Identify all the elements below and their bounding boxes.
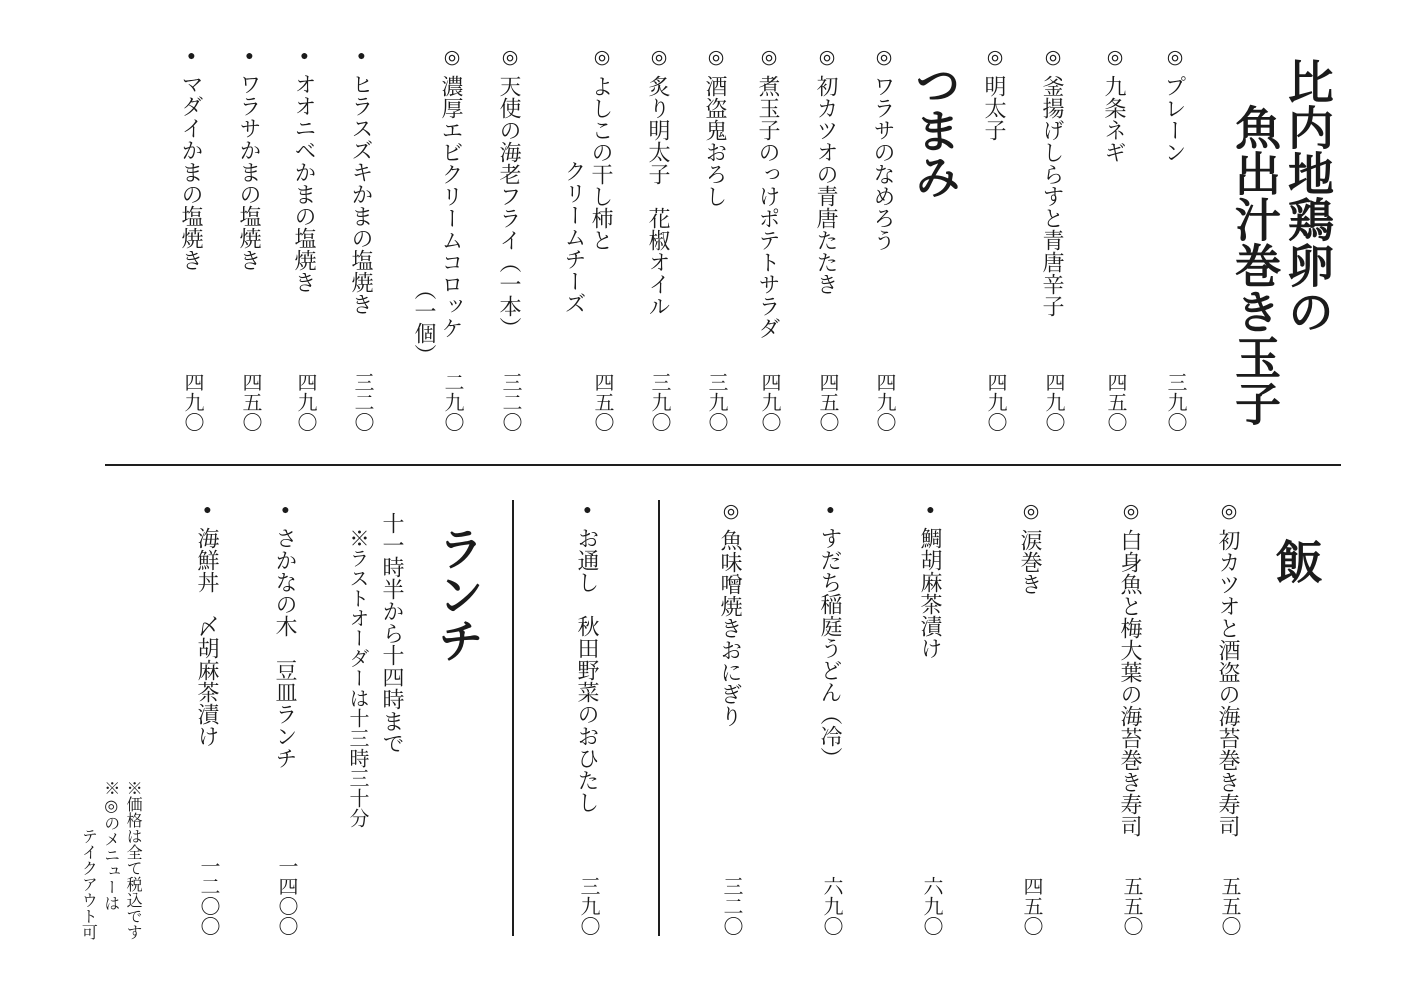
item-price: 四九〇 bbox=[1043, 372, 1063, 432]
item-price: 三二〇 bbox=[352, 372, 372, 432]
footnote-takeout-1: ※◎のメニューは bbox=[98, 780, 120, 990]
title-line2: 魚出汁巻き玉子 bbox=[1231, 46, 1277, 426]
item-name: 釜揚げしらすと青唐辛子 bbox=[1040, 75, 1065, 317]
dot-mark-icon: ● bbox=[242, 46, 257, 64]
item-name: 魚味噌焼きおにぎり bbox=[718, 529, 743, 727]
item-price: 三二〇 bbox=[500, 372, 520, 432]
takeout-mark-icon: ◎ bbox=[648, 46, 669, 68]
item-name-line2: クリームチーズ bbox=[563, 46, 585, 314]
item-price: 四五〇 bbox=[592, 372, 612, 432]
item-price: 四五〇 bbox=[817, 372, 837, 432]
menu-item-kujo-negi: ◎九条ネギ 四五〇 bbox=[1103, 46, 1125, 432]
takeout-mark-icon: ◎ bbox=[499, 46, 520, 68]
menu-page: 比内地鶏卵の 魚出汁巻き玉子 ◎プレーン 三九〇 ◎九条ネギ 四五〇 ◎釜揚げし… bbox=[0, 0, 1416, 1002]
menu-item-shuto-onioroshi: ◎酒盗鬼おろし 三九〇 bbox=[704, 46, 726, 432]
takeout-mark-icon: ◎ bbox=[758, 46, 779, 68]
menu-item-hoshigaki-cheese: ◎よしこの干し柿と クリームチーズ 四五〇 bbox=[563, 46, 612, 432]
menu-item-mamezara-lunch: ●さかなの木 豆皿ランチ 一四〇〇 bbox=[274, 500, 296, 936]
item-name: ワラサのなめろう bbox=[871, 75, 896, 251]
top-section: 比内地鶏卵の 魚出汁巻き玉子 ◎プレーン 三九〇 ◎九条ネギ 四五〇 ◎釜揚げし… bbox=[180, 46, 1330, 432]
vertical-divider bbox=[658, 500, 660, 936]
footnote-tax: ※価格は全て税込です bbox=[121, 780, 143, 990]
item-name: 涙巻き bbox=[1018, 529, 1043, 595]
item-price: 三九〇 bbox=[578, 876, 598, 936]
item-price: 三二〇 bbox=[721, 876, 741, 936]
dot-mark-icon: ● bbox=[923, 500, 938, 518]
item-price: 三九〇 bbox=[649, 372, 669, 432]
item-price: 二九〇 bbox=[442, 372, 462, 432]
takeout-mark-icon: ◎ bbox=[705, 46, 726, 68]
menu-item-misoyaki-onigiri: ◎魚味噌焼きおにぎり 三二〇 bbox=[719, 500, 741, 936]
item-name: 濃厚エビクリームコロッケ bbox=[439, 75, 464, 339]
takeout-mark-icon: ◎ bbox=[816, 46, 837, 68]
item-price: 五五〇 bbox=[1121, 876, 1141, 936]
takeout-mark-icon: ◎ bbox=[873, 46, 894, 68]
menu-item-namida-maki: ◎涙巻き 四五〇 bbox=[1019, 500, 1041, 936]
item-name-line2: （一個） bbox=[413, 46, 435, 366]
menu-item-plain: ◎プレーン 三九〇 bbox=[1163, 46, 1185, 432]
tamago-section-title: 比内地鶏卵の 魚出汁巻き玉子 bbox=[1231, 46, 1330, 432]
title-line1: 比内地鶏卵の bbox=[1284, 46, 1330, 426]
takeout-mark-icon: ◎ bbox=[1042, 46, 1063, 68]
item-name: 海鮮丼 〆胡麻茶漬け bbox=[195, 527, 220, 747]
takeout-mark-icon: ◎ bbox=[1020, 500, 1041, 522]
lunch-hours: 十一時半から十四時まで bbox=[381, 500, 403, 936]
takeout-mark-icon: ◎ bbox=[591, 46, 612, 68]
item-price: 一二〇〇 bbox=[198, 856, 218, 936]
takeout-mark-icon: ◎ bbox=[1120, 500, 1141, 522]
item-name: さかなの木 豆皿ランチ bbox=[273, 527, 298, 769]
footnotes: ※価格は全て税込です ※◎のメニューは テイクアウト可 bbox=[76, 780, 143, 990]
item-price: 四九〇 bbox=[182, 372, 202, 432]
menu-item-aburi-mentaiko: ◎炙り明太子 花椒オイル 三九〇 bbox=[647, 46, 669, 432]
item-price: 四九〇 bbox=[759, 372, 779, 432]
menu-item-tai-chazuke: ●鯛胡麻茶漬け 六九〇 bbox=[919, 500, 941, 936]
item-name: お通し 秋田野菜のおひたし bbox=[575, 527, 600, 813]
menu-item-sudachi-udon: ●すだち稲庭うどん（冷） 六九〇 bbox=[819, 500, 841, 936]
vertical-divider bbox=[512, 500, 514, 936]
item-name: 初カツオの青唐たたき bbox=[814, 75, 839, 295]
dot-mark-icon: ● bbox=[580, 500, 595, 518]
item-price: 三九〇 bbox=[1165, 372, 1185, 432]
menu-item-shirasu: ◎釜揚げしらすと青唐辛子 四九〇 bbox=[1041, 46, 1063, 432]
item-price: 五五〇 bbox=[1219, 876, 1239, 936]
meshi-section-header: 飯 bbox=[1272, 500, 1318, 936]
item-price: 四五〇 bbox=[1021, 876, 1041, 936]
item-name: マダイかまの塩焼き bbox=[179, 73, 204, 271]
item-name: 煮玉子のっけポテトサラダ bbox=[756, 75, 781, 339]
takeout-mark-icon: ◎ bbox=[1164, 46, 1185, 68]
bottom-section: 飯 ◎初カツオと酒盗の海苔巻き寿司 五五〇 ◎白身魚と梅大葉の海苔巻き寿司 五五… bbox=[196, 500, 1318, 936]
menu-item-ebi-korokke: ◎濃厚エビクリームコロッケ （一個） 二九〇 bbox=[413, 46, 462, 432]
dot-mark-icon: ● bbox=[184, 46, 199, 64]
dot-mark-icon: ● bbox=[200, 500, 215, 518]
lunch-section-header: ランチ bbox=[434, 500, 480, 936]
item-name: 九条ネギ bbox=[1102, 75, 1127, 163]
takeout-mark-icon: ◎ bbox=[720, 500, 741, 522]
menu-item-tenshi-ebi-fry: ◎天使の海老フライ（一本） 三二〇 bbox=[498, 46, 520, 432]
footnote-takeout-2: テイクアウト可 bbox=[76, 780, 98, 990]
takeout-mark-icon: ◎ bbox=[1218, 500, 1239, 522]
takeout-mark-icon: ◎ bbox=[441, 46, 462, 68]
dot-mark-icon: ● bbox=[823, 500, 838, 518]
item-name: ワラサかまの塩焼き bbox=[237, 73, 262, 271]
item-price: 六九〇 bbox=[821, 876, 841, 936]
takeout-mark-icon: ◎ bbox=[984, 46, 1005, 68]
item-name: 酒盗鬼おろし bbox=[703, 75, 728, 207]
menu-item-otoshi: ●お通し 秋田野菜のおひたし 三九〇 bbox=[576, 500, 598, 936]
item-name: よしこの干し柿と bbox=[589, 75, 614, 251]
item-price: 四九〇 bbox=[295, 372, 315, 432]
item-name: 炙り明太子 花椒オイル bbox=[646, 75, 671, 317]
section-divider-rule bbox=[105, 464, 1341, 466]
item-price: 四九〇 bbox=[985, 372, 1005, 432]
item-name: ヒラスズキかまの塩焼き bbox=[349, 73, 374, 315]
item-price: 四九〇 bbox=[874, 372, 894, 432]
menu-item-warasa-kama: ●ワラサかまの塩焼き 四五〇 bbox=[238, 46, 260, 432]
takeout-mark-icon: ◎ bbox=[1104, 46, 1125, 68]
item-price: 三九〇 bbox=[706, 372, 726, 432]
menu-item-hirasuzuki-kama: ●ヒラスズキかまの塩焼き 三二〇 bbox=[350, 46, 372, 432]
menu-item-kaisendon: ●海鮮丼 〆胡麻茶漬け 一二〇〇 bbox=[196, 500, 218, 936]
dot-mark-icon: ● bbox=[278, 500, 293, 518]
menu-item-katsuo-norimaki: ◎初カツオと酒盗の海苔巻き寿司 五五〇 bbox=[1217, 500, 1239, 936]
menu-item-mentaiko: ◎明太子 四九〇 bbox=[983, 46, 1005, 432]
item-price: 四五〇 bbox=[240, 372, 260, 432]
menu-item-warasa-namero: ◎ワラサのなめろう 四九〇 bbox=[872, 46, 894, 432]
item-price: 四五〇 bbox=[1105, 372, 1125, 432]
dot-mark-icon: ● bbox=[297, 46, 312, 64]
tsumami-section-header: つまみ bbox=[911, 46, 957, 432]
item-name: オオニベかまの塩焼き bbox=[292, 73, 317, 293]
menu-item-shiromi-norimaki: ◎白身魚と梅大葉の海苔巻き寿司 五五〇 bbox=[1119, 500, 1141, 936]
item-price: 六九〇 bbox=[921, 876, 941, 936]
menu-item-katsuo-tataki: ◎初カツオの青唐たたき 四五〇 bbox=[815, 46, 837, 432]
dot-mark-icon: ● bbox=[354, 46, 369, 64]
item-name: 白身魚と梅大葉の海苔巻き寿司 bbox=[1118, 529, 1143, 837]
item-name: すだち稲庭うどん（冷） bbox=[818, 527, 843, 769]
menu-item-madai-kama: ●マダイかまの塩焼き 四九〇 bbox=[180, 46, 202, 432]
lunch-last-order-note: ※ラストオーダーは十三時三十分 bbox=[347, 500, 367, 936]
item-name: プレーン bbox=[1162, 75, 1187, 163]
item-name: 初カツオと酒盗の海苔巻き寿司 bbox=[1216, 529, 1241, 837]
item-price: 一四〇〇 bbox=[276, 856, 296, 936]
item-name: 明太子 bbox=[982, 75, 1007, 141]
item-name: 鯛胡麻茶漬け bbox=[918, 527, 943, 659]
menu-item-oonibe-kama: ●オオニベかまの塩焼き 四九〇 bbox=[293, 46, 315, 432]
item-name: 天使の海老フライ（一本） bbox=[497, 75, 522, 339]
menu-item-nitamago-potesara: ◎煮玉子のっけポテトサラダ 四九〇 bbox=[757, 46, 779, 432]
